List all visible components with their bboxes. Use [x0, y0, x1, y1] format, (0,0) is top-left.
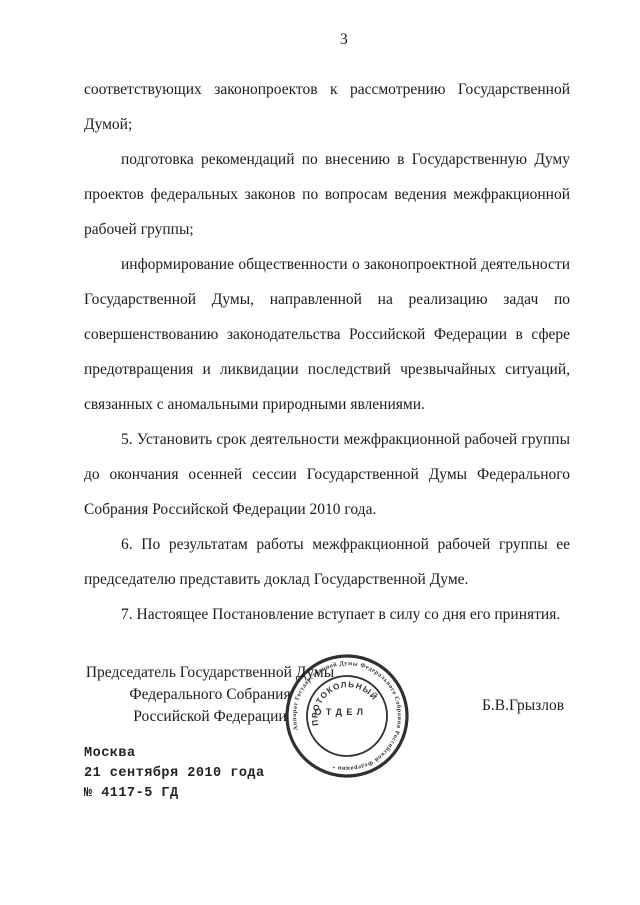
body-line-p3-l1: информирование общественности о законопр…: [84, 247, 570, 282]
body-line-p1-l1: соответствующих законопроектов к рассмот…: [84, 72, 570, 107]
body-line-p2-l2: проектов федеральных законов по вопросам…: [84, 177, 570, 212]
body-line-p6-l1: 7. Настоящее Постановление вступает в си…: [84, 597, 570, 632]
stamp-seal-icon: Аппарат Государственной Думы Федеральног…: [274, 643, 420, 789]
body-line-p3-l5: связанных с аномальными природными явлен…: [84, 387, 570, 422]
stamp-inner-text: ОТДЕЛ: [315, 707, 368, 717]
body-line-p2-l3: рабочей группы;: [84, 212, 570, 247]
document-page: 3 соответствующих законопроектов к рассм…: [0, 0, 640, 905]
protocol-department-stamp-seal: Аппарат Государственной Думы Федеральног…: [274, 643, 420, 789]
body-line-p3-l4: предотвращения и ликвидации последствий …: [84, 352, 570, 387]
body-line-p2-l1: подготовка рекомендаций по внесению в Го…: [84, 142, 570, 177]
body-line-p5-l1: 6. По результатам работы межфракционной …: [84, 527, 570, 562]
body-line-p3-l2: Государственной Думы, направленной на ре…: [84, 282, 570, 317]
footer-document-number: № 4117-5 ГД: [84, 784, 265, 804]
body-line-p4-l2: до окончания осенней сессии Государствен…: [84, 457, 570, 492]
footer-date: 21 сентября 2010 года: [84, 764, 265, 784]
body-line-p1-l2: Думой;: [84, 107, 570, 142]
body-line-p5-l2: председателю представить доклад Государс…: [84, 562, 570, 597]
document-body: соответствующих законопроектов к рассмот…: [84, 72, 570, 632]
page-number: 3: [340, 31, 348, 49]
body-line-p4-l3: Собрания Российской Федерации 2010 года.: [84, 492, 570, 527]
body-line-p4-l1: 5. Установить срок деятельности межфракц…: [84, 422, 570, 457]
footer-city: Москва: [84, 744, 265, 764]
body-line-p3-l3: совершенствованию законодательства Росси…: [84, 317, 570, 352]
signature-name: Б.В.Грызлов: [482, 697, 564, 715]
document-footer: Москва 21 сентября 2010 года № 4117-5 ГД: [84, 744, 265, 804]
